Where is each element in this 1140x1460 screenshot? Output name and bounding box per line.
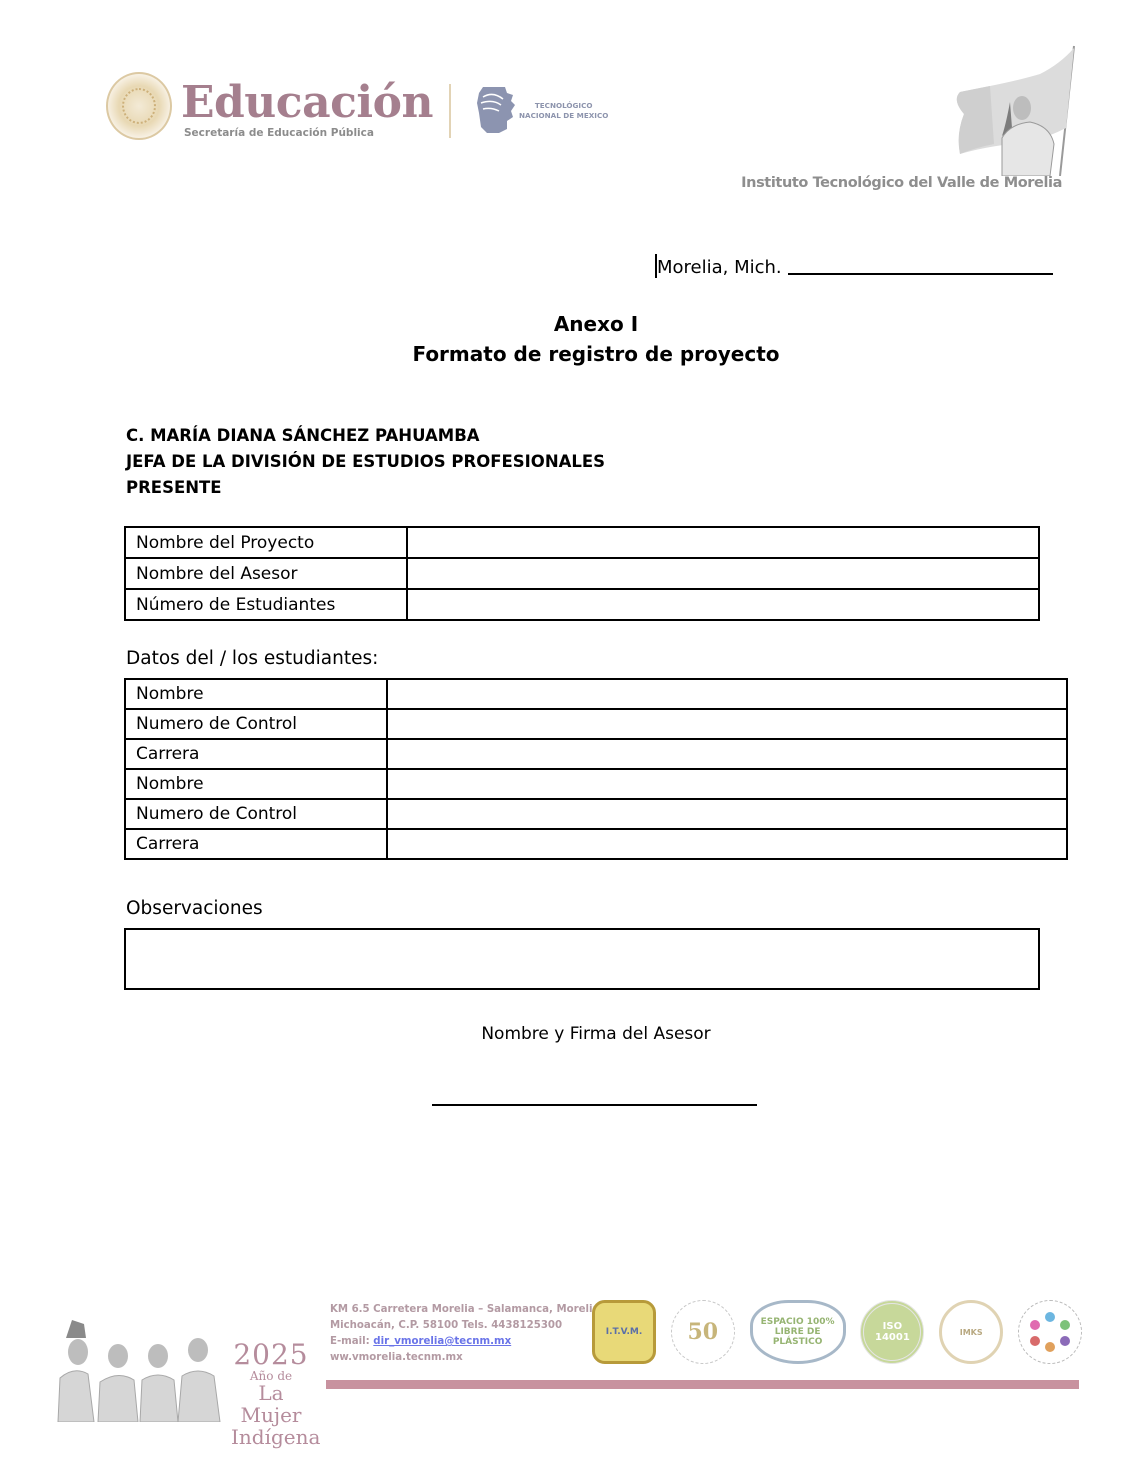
table-row: Número de Estudiantes xyxy=(125,589,1039,620)
woman-with-flag-illustration xyxy=(950,44,1078,176)
header-divider xyxy=(449,84,451,138)
table-row: Nombre xyxy=(125,769,1067,799)
project-info-table: Nombre del Proyecto Nombre del Asesor Nú… xyxy=(124,526,1040,621)
student1-name-label: Nombre xyxy=(125,679,387,709)
date-prefix: Morelia, Mich. xyxy=(657,257,782,278)
certification-badges: I.T.V.M. 50 ESPACIO 100% LIBRE DE PLÁSTI… xyxy=(592,1296,1082,1368)
student1-control-field[interactable] xyxy=(387,709,1067,739)
student2-career-label: Carrera xyxy=(125,829,387,859)
tecnm-line1: TECNOLÓGICO xyxy=(519,101,608,111)
footer-address: KM 6.5 Carretera Morelia – Salamanca, Mo… xyxy=(330,1302,603,1366)
student2-name-field[interactable] xyxy=(387,769,1067,799)
mexican-coat-of-arms-icon xyxy=(106,72,172,140)
student-count-field[interactable] xyxy=(407,589,1039,620)
document-subtitle: Formato de registro de proyecto xyxy=(0,342,1140,366)
student2-control-field[interactable] xyxy=(387,799,1067,829)
year-motto: 2025 Año de La Mujer Indígena xyxy=(231,1340,311,1448)
student2-name-label: Nombre xyxy=(125,769,387,799)
project-name-label: Nombre del Proyecto xyxy=(125,527,407,558)
brand-title: Educación xyxy=(181,78,433,128)
advisor-name-label: Nombre del Asesor xyxy=(125,558,407,589)
year-motto-2: La Mujer xyxy=(231,1382,311,1426)
table-row: Carrera xyxy=(125,829,1067,859)
observations-heading: Observaciones xyxy=(126,898,263,919)
date-line[interactable]: Morelia, Mich. xyxy=(655,254,1053,278)
addressee-position: JEFA DE LA DIVISIÓN DE ESTUDIOS PROFESIO… xyxy=(126,449,605,475)
year-motto-3: Indígena xyxy=(231,1426,311,1448)
document-title: Anexo I xyxy=(0,312,1140,336)
gestion-energia-badge: IMKS xyxy=(939,1300,1003,1364)
brand-subtitle: Secretaría de Educación Pública xyxy=(184,127,374,139)
website: ww.vmorelia.tecnm.mx xyxy=(330,1350,603,1366)
tecnm-line2: NACIONAL DE MEXICO xyxy=(519,111,608,121)
igualdad-laboral-badge xyxy=(1018,1300,1082,1364)
table-row: Numero de Control xyxy=(125,799,1067,829)
student-count-label: Número de Estudiantes xyxy=(125,589,407,620)
signature-line[interactable] xyxy=(432,1104,757,1106)
students-heading: Datos del / los estudiantes: xyxy=(126,648,378,669)
signature-label: Nombre y Firma del Asesor xyxy=(0,1024,1140,1044)
email-label: E-mail: xyxy=(330,1336,370,1347)
table-row: Nombre xyxy=(125,679,1067,709)
tecnm-gear-logo-icon xyxy=(477,83,515,137)
address-line2: Michoacán, C.P. 58100 Tels. 4438125300 xyxy=(330,1318,603,1334)
addressee-block: C. MARÍA DIANA SÁNCHEZ PAHUAMBA JEFA DE … xyxy=(126,423,605,501)
email-link[interactable]: dir_vmorelia@tecnm.mx xyxy=(373,1336,511,1347)
address-line1: KM 6.5 Carretera Morelia – Salamanca, Mo… xyxy=(330,1302,603,1318)
advisor-name-field[interactable] xyxy=(407,558,1039,589)
student1-career-label: Carrera xyxy=(125,739,387,769)
footer-accent-bar xyxy=(326,1380,1079,1389)
50-aniversario-badge: 50 xyxy=(671,1300,735,1364)
student1-career-field[interactable] xyxy=(387,739,1067,769)
student2-control-label: Numero de Control xyxy=(125,799,387,829)
tecnm-wordmark: TECNOLÓGICO NACIONAL DE MEXICO xyxy=(519,101,608,121)
table-row: Nombre del Proyecto xyxy=(125,527,1039,558)
addressee-greeting: PRESENTE xyxy=(126,475,605,501)
addressee-name: C. MARÍA DIANA SÁNCHEZ PAHUAMBA xyxy=(126,423,605,449)
student1-control-label: Numero de Control xyxy=(125,709,387,739)
table-row: Carrera xyxy=(125,739,1067,769)
table-row: Nombre del Asesor xyxy=(125,558,1039,589)
espacio-libre-plastico-badge: ESPACIO 100% LIBRE DE PLÁSTICO xyxy=(750,1300,846,1364)
institute-name: Instituto Tecnológico del Valle de Morel… xyxy=(741,175,1062,191)
iso-14001-badge: ISO 14001 xyxy=(860,1300,924,1364)
email-line: E-mail: dir_vmorelia@tecnm.mx xyxy=(330,1334,603,1350)
year-number: 2025 xyxy=(231,1340,311,1370)
observations-field[interactable] xyxy=(124,928,1040,990)
itvm-shield-badge: I.T.V.M. xyxy=(592,1300,656,1364)
student2-career-field[interactable] xyxy=(387,829,1067,859)
table-row: Numero de Control xyxy=(125,709,1067,739)
students-table: Nombre Numero de Control Carrera Nombre … xyxy=(124,678,1068,860)
project-name-field[interactable] xyxy=(407,527,1039,558)
student1-name-field[interactable] xyxy=(387,679,1067,709)
indigenous-women-illustration xyxy=(54,1318,222,1422)
date-field[interactable] xyxy=(788,255,1053,275)
